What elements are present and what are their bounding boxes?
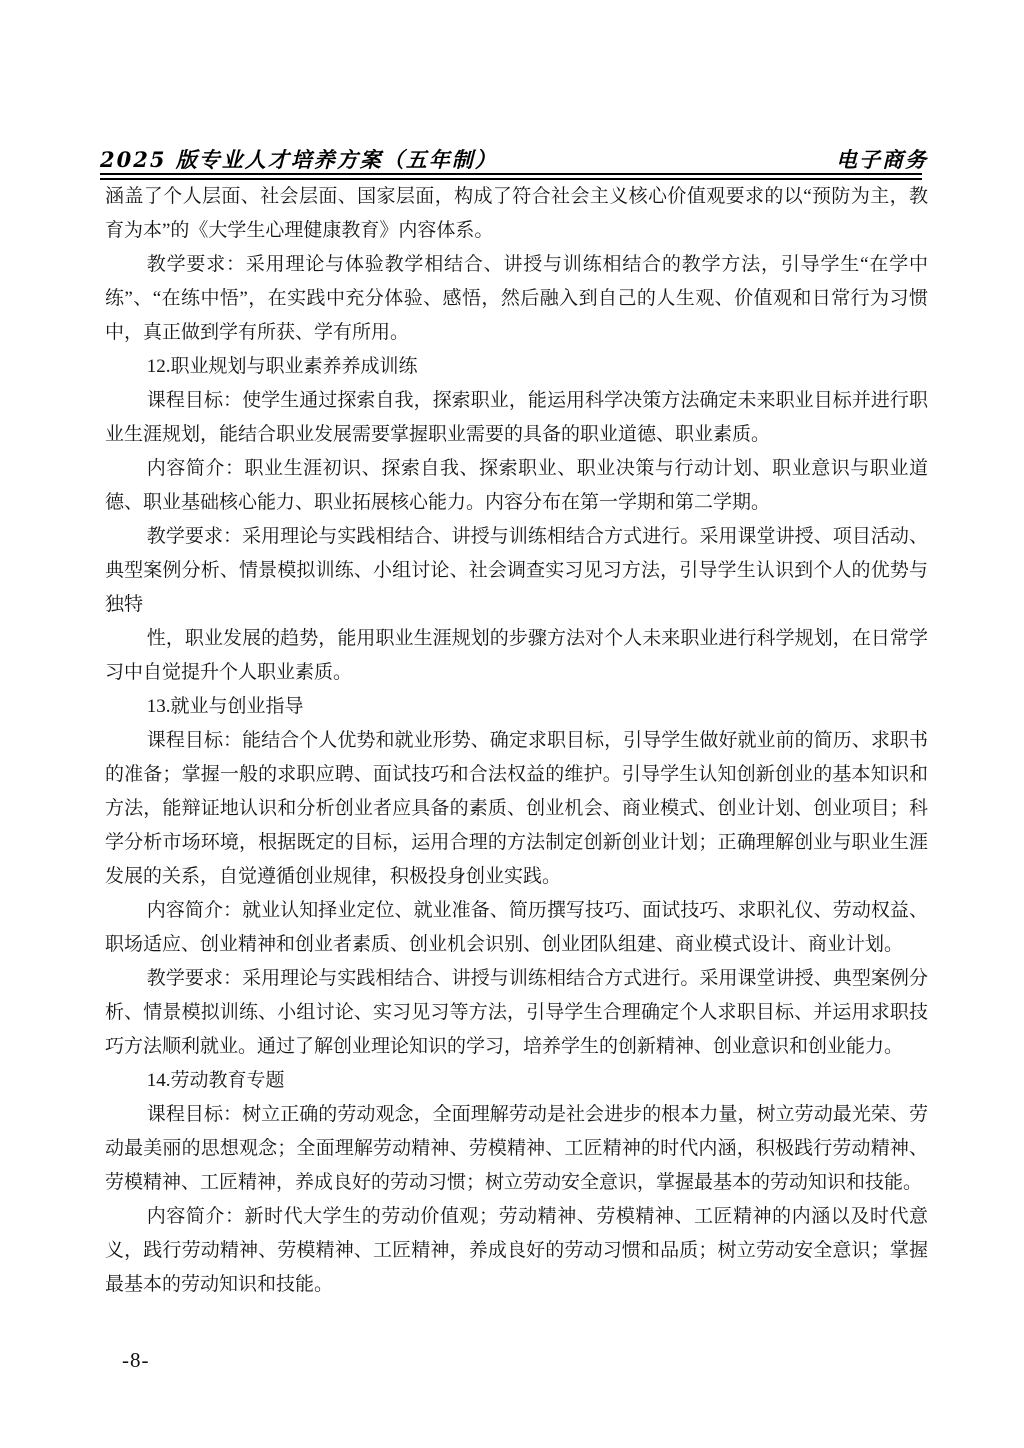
body-paragraph: 内容简介：职业生涯初识、探索自我、探索职业、职业决策与行动计划、职业意识与职业道… [105, 452, 928, 520]
document-page: 2025 版专业人才培养方案（五年制） 电子商务 涵盖了个人层面、社会层面、国家… [0, 0, 1024, 1448]
page-header: 2025 版专业人才培养方案（五年制） 电子商务 [100, 140, 928, 170]
body-paragraph: 性，职业发展的趋势，能用职业生涯规划的步骤方法对个人未来职业进行科学规划，在日常… [105, 622, 928, 690]
page-body: 涵盖了个人层面、社会层面、国家层面，构成了符合社会主义核心价值观要求的以“预防为… [105, 180, 928, 1302]
header-double-rule [100, 173, 922, 180]
body-paragraph: 内容简介：就业认知择业定位、就业准备、简历撰写技巧、面试技巧、求职礼仪、劳动权益… [105, 894, 928, 962]
body-paragraph: 课程目标：使学生通过探索自我，探索职业，能运用科学决策方法确定未来职业目标并进行… [105, 384, 928, 452]
section-heading: 12.职业规划与职业素养养成训练 [105, 350, 928, 384]
body-paragraph: 教学要求：采用理论与实践相结合、讲授与训练相结合方式进行。采用课堂讲授、典型案例… [105, 962, 928, 1064]
body-paragraph: 课程目标：树立正确的劳动观念，全面理解劳动是社会进步的根本力量，树立劳动最光荣、… [105, 1098, 928, 1200]
section-heading: 14.劳动教育专题 [105, 1064, 928, 1098]
body-paragraph: 教学要求：采用理论与实践相结合、讲授与训练相结合方式进行。采用课堂讲授、项目活动… [105, 520, 928, 622]
body-paragraph: 内容简介：新时代大学生的劳动价值观；劳动精神、劳模精神、工匠精神的内涵以及时代意… [105, 1200, 928, 1302]
body-paragraph: 教学要求：采用理论与体验教学相结合、讲授与训练相结合的教学方法，引导学生“在学中… [105, 248, 928, 350]
body-paragraph: 涵盖了个人层面、社会层面、国家层面，构成了符合社会主义核心价值观要求的以“预防为… [105, 180, 928, 248]
page-number: -8- [122, 1348, 150, 1373]
header-left-title: 2025 版专业人才培养方案（五年制） [100, 149, 498, 170]
header-right-title: 电子商务 [836, 149, 928, 170]
body-paragraph: 课程目标：能结合个人优势和就业形势、确定求职目标，引导学生做好就业前的简历、求职… [105, 724, 928, 894]
section-heading: 13.就业与创业指导 [105, 690, 928, 724]
